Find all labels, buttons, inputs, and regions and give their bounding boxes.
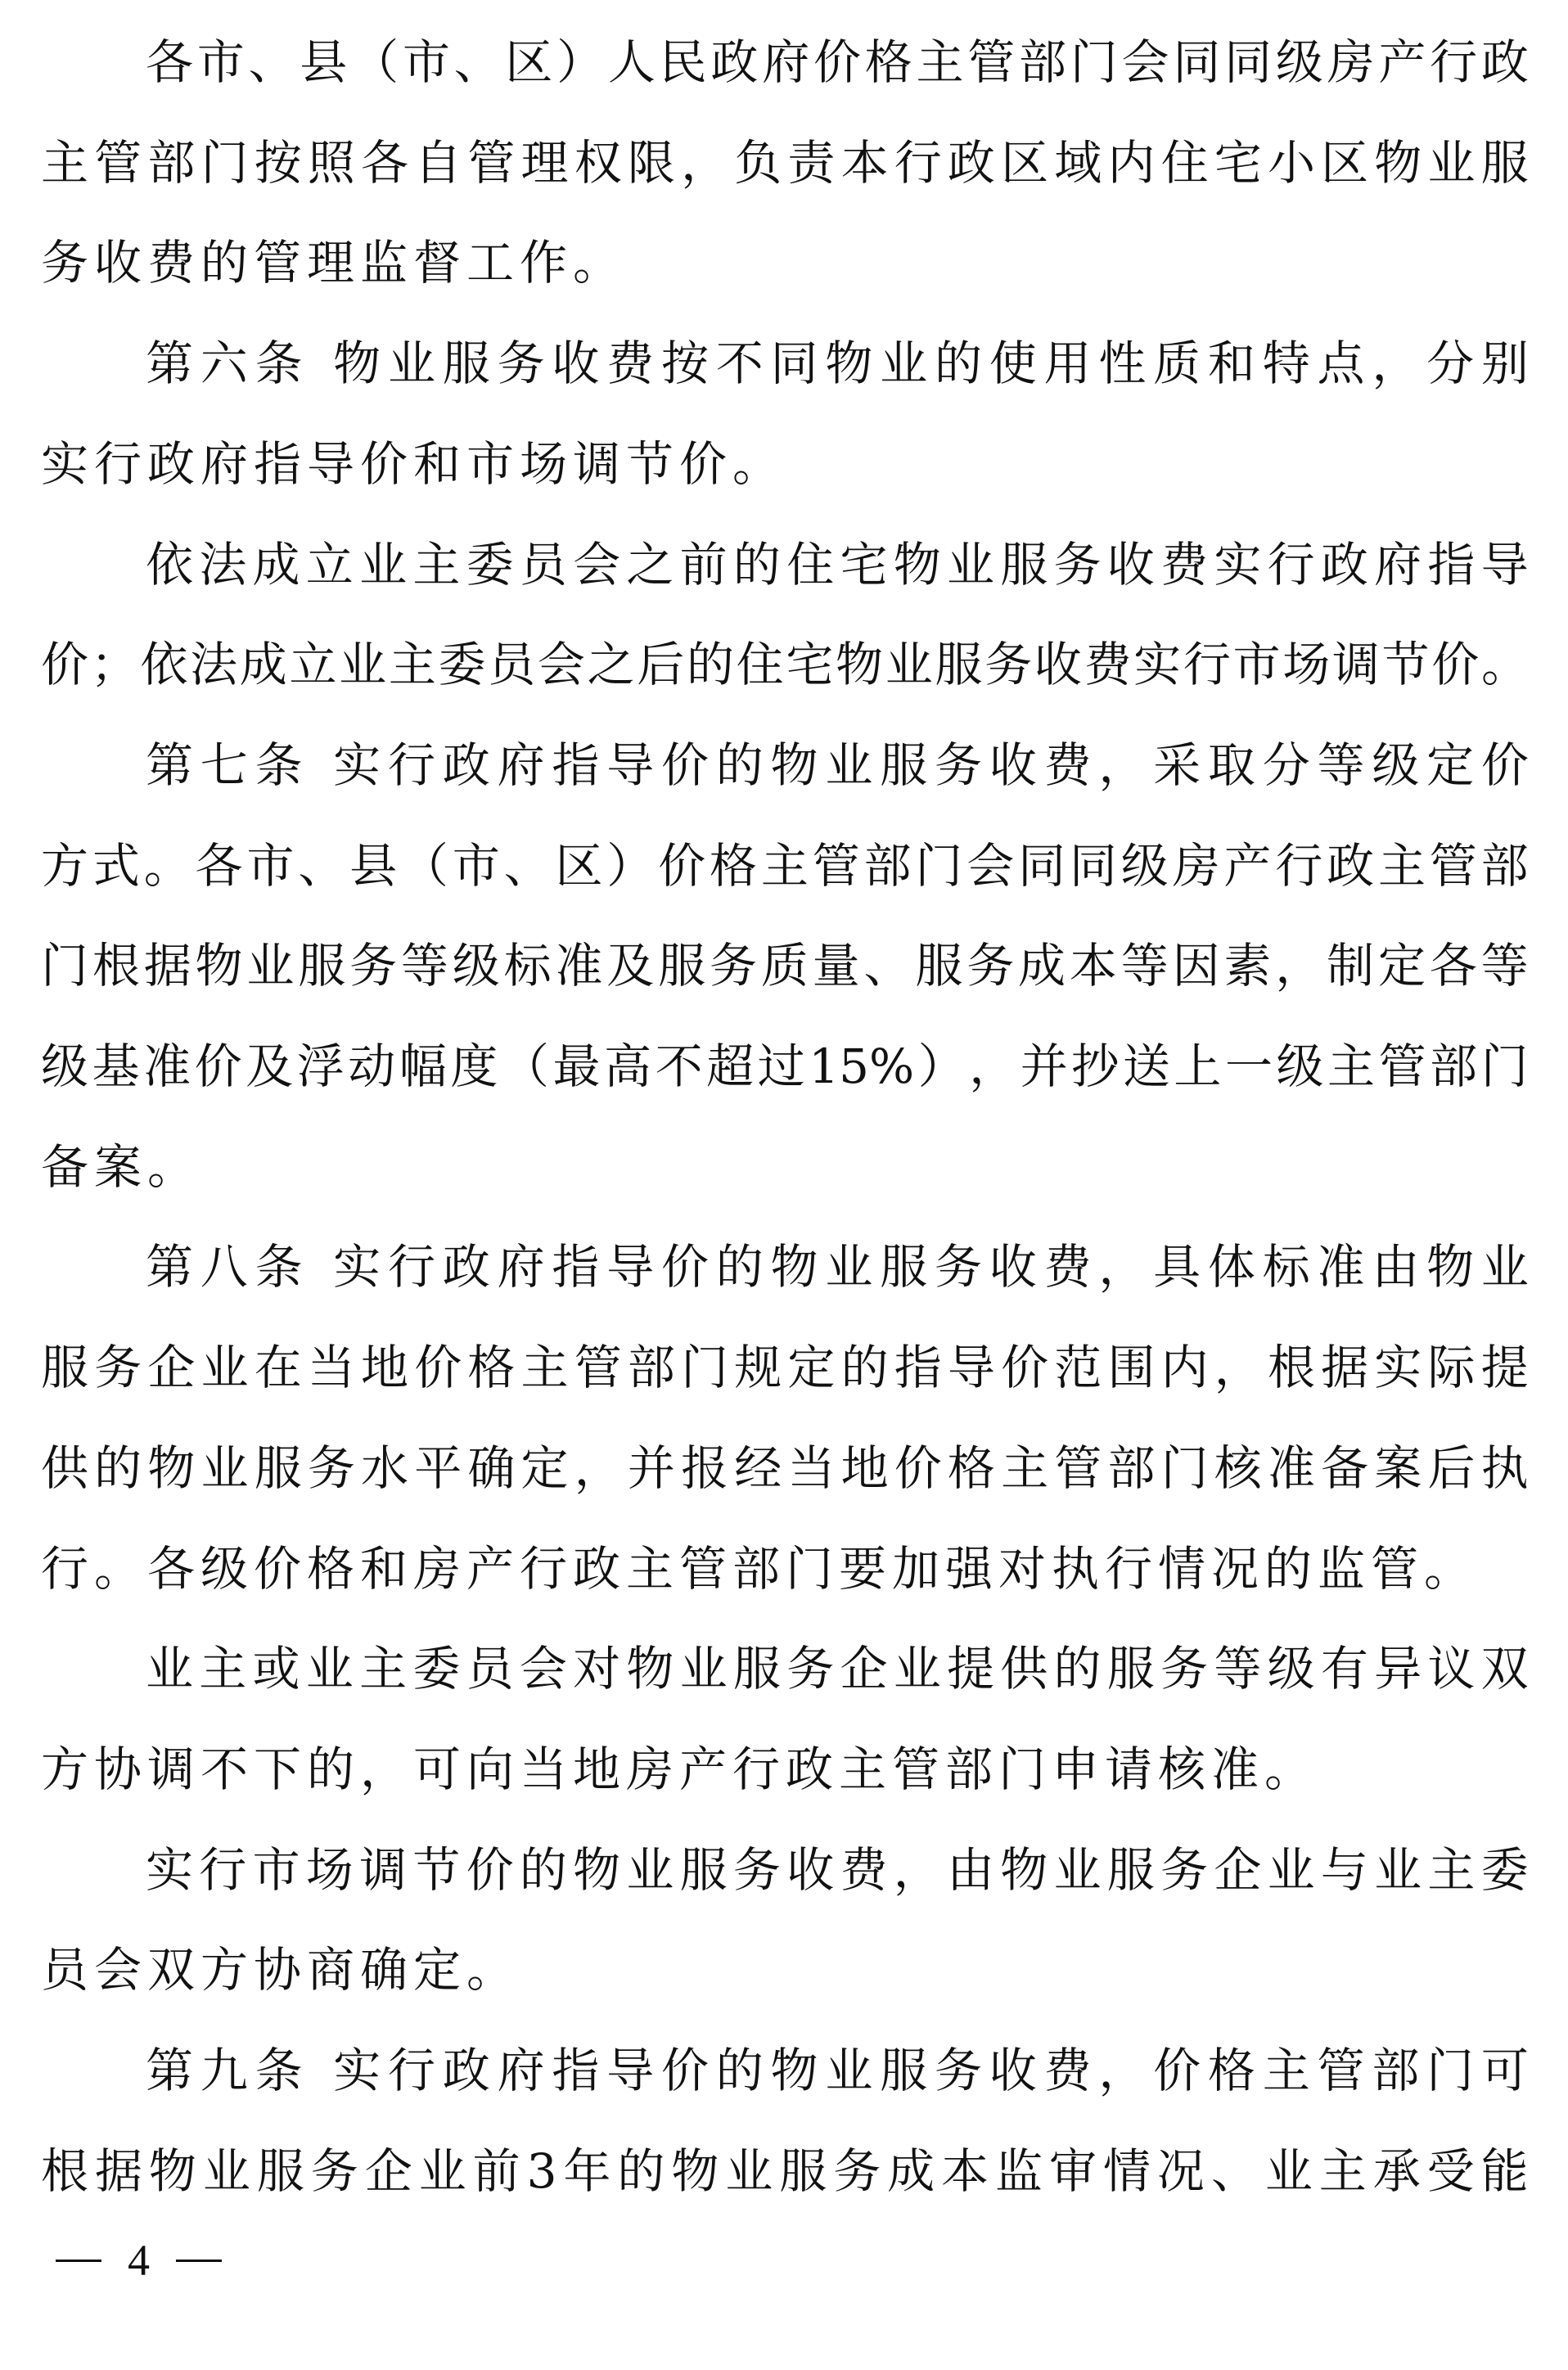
text-line: 方协调不下的，可向当地房产行政主管部门申请核准。 (41, 1737, 1529, 1802)
text-line: 实行政府指导价和市场调节价。 (41, 431, 1529, 497)
text-line: 第九条 实行政府指导价的物业服务收费，价格主管部门可 (146, 2038, 1529, 2103)
text-line: 价；依法成立业主委员会之后的住宅物业服务收费实行市场调节价。 (41, 632, 1529, 697)
text-line: 务收费的管理监督工作。 (41, 230, 1529, 295)
text-line: 方式。各市、县（市、区）价格主管部门会同同级房产行政主管部 (41, 833, 1529, 899)
text-line: 第七条 实行政府指导价的物业服务收费，采取分等级定价 (146, 732, 1529, 798)
text-line: 级基准价及浮动幅度（最高不超过15%），并抄送上一级主管部门 (41, 1034, 1529, 1099)
text-line: 员会双方协商确定。 (41, 1937, 1529, 2003)
page-number-right-dash (176, 2260, 222, 2262)
text-line: 行。各级价格和房产行政主管部门要加强对执行情况的监管。 (41, 1536, 1529, 1602)
text-line: 根据物业服务企业前3年的物业服务成本监审情况、业主承受能 (41, 2138, 1529, 2204)
text-line: 备案。 (41, 1134, 1529, 1200)
page-number-value: 4 (128, 2236, 150, 2285)
text-line: 依法成立业主委员会之前的住宅物业服务收费实行政府指导 (146, 532, 1529, 597)
text-line: 供的物业服务水平确定，并报经当地价格主管部门核准备案后执 (41, 1435, 1529, 1501)
text-line: 主管部门按照各自管理权限，负责本行政区域内住宅小区物业服 (41, 130, 1529, 196)
text-line: 服务企业在当地价格主管部门规定的指导价范围内，根据实际提 (41, 1335, 1529, 1400)
page-number: 4 (56, 2236, 222, 2285)
text-line: 实行市场调节价的物业服务收费，由物业服务企业与业主委 (146, 1837, 1529, 1903)
text-line: 第八条 实行政府指导价的物业服务收费，具体标准由物业 (146, 1234, 1529, 1300)
document-page: 各市、县（市、区）人民政府价格主管部门会同同级房产行政主管部门按照各自管理权限，… (0, 0, 1568, 2370)
text-line: 第六条 物业服务收费按不同物业的使用性质和特点，分别 (146, 331, 1529, 396)
page-number-left-dash (56, 2260, 101, 2262)
text-line: 门根据物业服务等级标准及服务质量、服务成本等因素，制定各等 (41, 933, 1529, 998)
text-line: 各市、县（市、区）人民政府价格主管部门会同同级房产行政 (146, 29, 1529, 95)
text-line: 业主或业主委员会对物业服务企业提供的服务等级有异议双 (146, 1636, 1529, 1701)
